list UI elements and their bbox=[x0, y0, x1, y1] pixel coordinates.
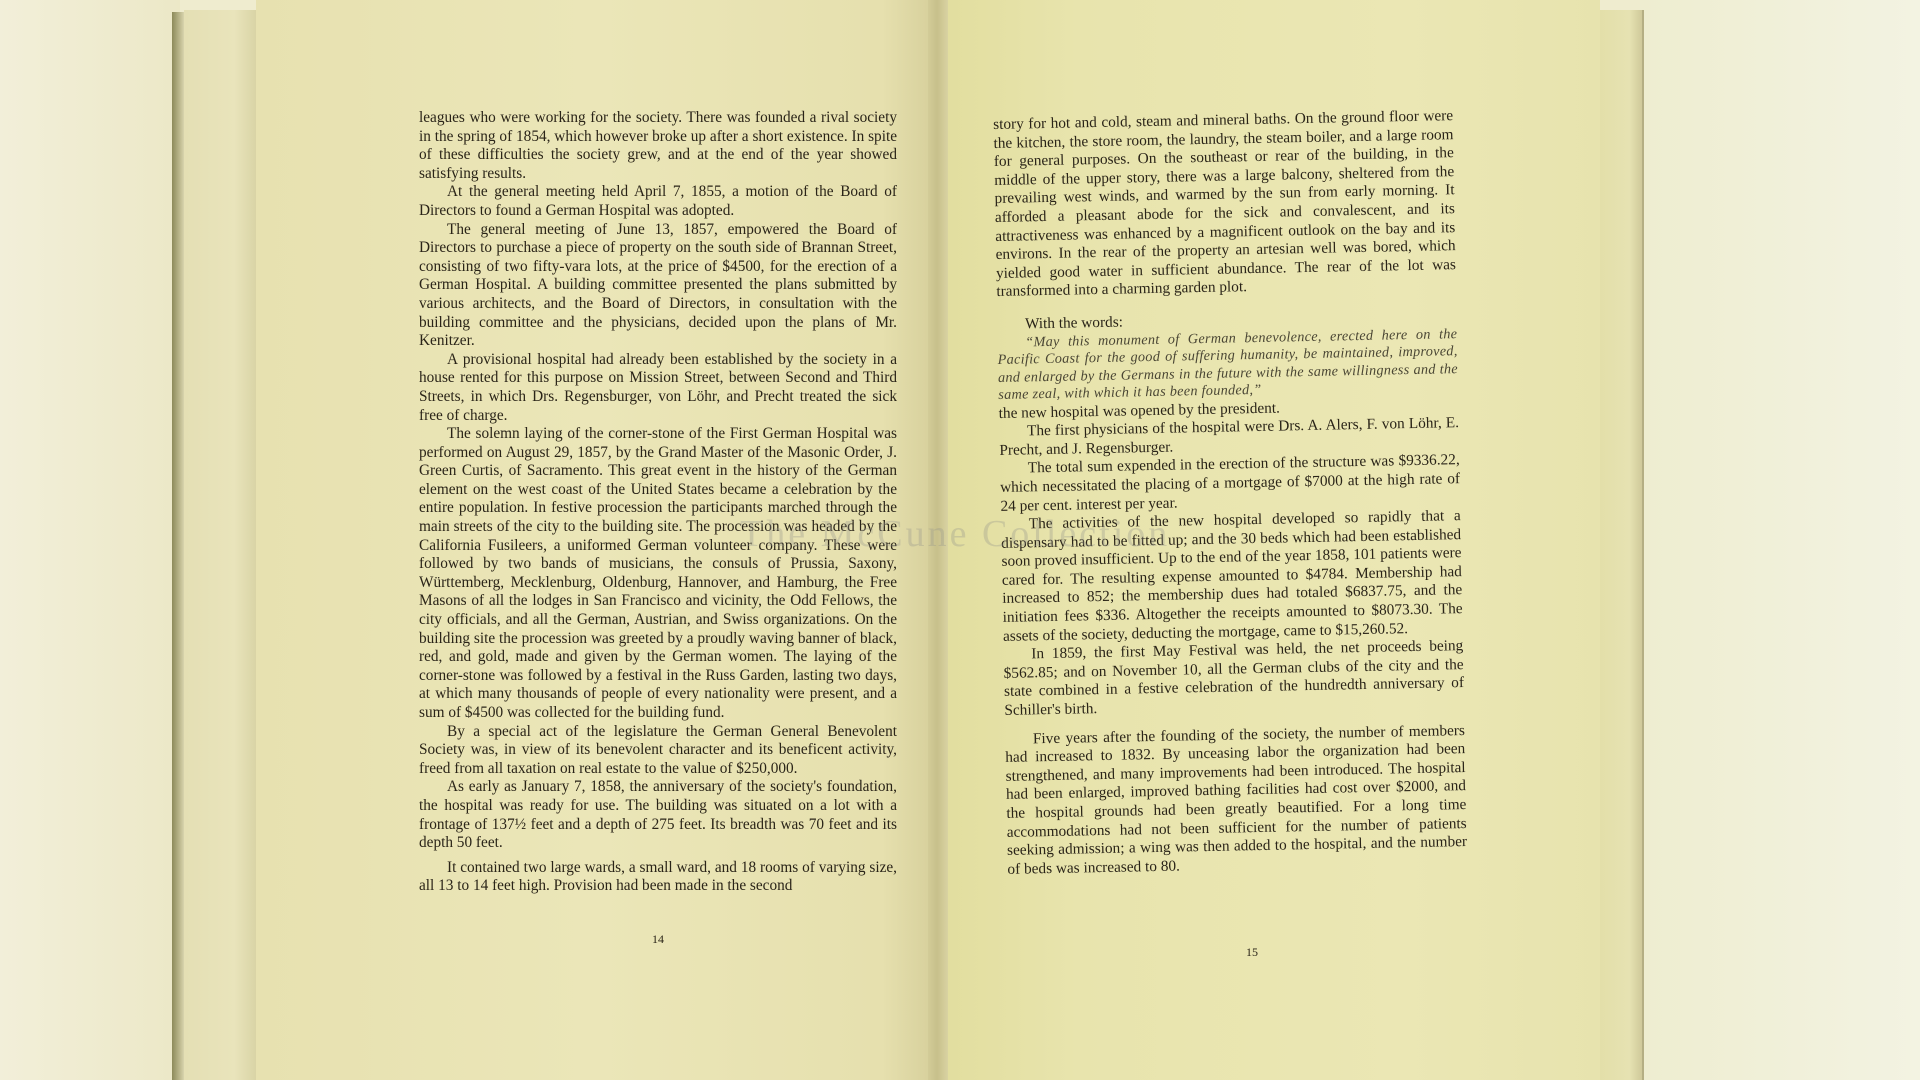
page-number-right: 15 bbox=[1246, 945, 1258, 960]
paragraph: The general meeting of June 13, 1857, em… bbox=[419, 221, 897, 351]
paragraph: leagues who were working for the society… bbox=[419, 109, 897, 183]
background-left bbox=[0, 0, 180, 1080]
paragraph: Five years after the founding of the soc… bbox=[1005, 722, 1468, 880]
paragraph: A provisional hospital had already been … bbox=[419, 351, 897, 425]
paragraph: The solemn laying of the corner-stone of… bbox=[419, 425, 897, 723]
paragraph: It contained two large wards, a small wa… bbox=[419, 859, 897, 896]
page-stack-left bbox=[184, 10, 257, 1080]
paragraph: At the general meeting held April 7, 185… bbox=[419, 183, 897, 220]
background-right bbox=[1640, 0, 1920, 1080]
paragraph: In 1859, the first May Festival was held… bbox=[1003, 637, 1464, 720]
block-quote: “May this monument of German benevolence… bbox=[997, 326, 1458, 405]
page-stack-right bbox=[1600, 10, 1644, 1080]
paragraph: The total sum expended in the erection o… bbox=[1000, 451, 1461, 516]
page-number-left: 14 bbox=[652, 932, 664, 947]
paragraph: story for hot and cold, steam and minera… bbox=[993, 107, 1456, 302]
paragraph: As early as January 7, 1858, the anniver… bbox=[419, 778, 897, 852]
watermark: The McCune Collection bbox=[740, 512, 1170, 556]
right-page-text: story for hot and cold, steam and minera… bbox=[993, 107, 1468, 879]
paragraph: By a special act of the legislature the … bbox=[419, 723, 897, 779]
left-page-text: leagues who were working for the society… bbox=[419, 109, 897, 896]
book-cover-edge-left bbox=[172, 12, 184, 1080]
